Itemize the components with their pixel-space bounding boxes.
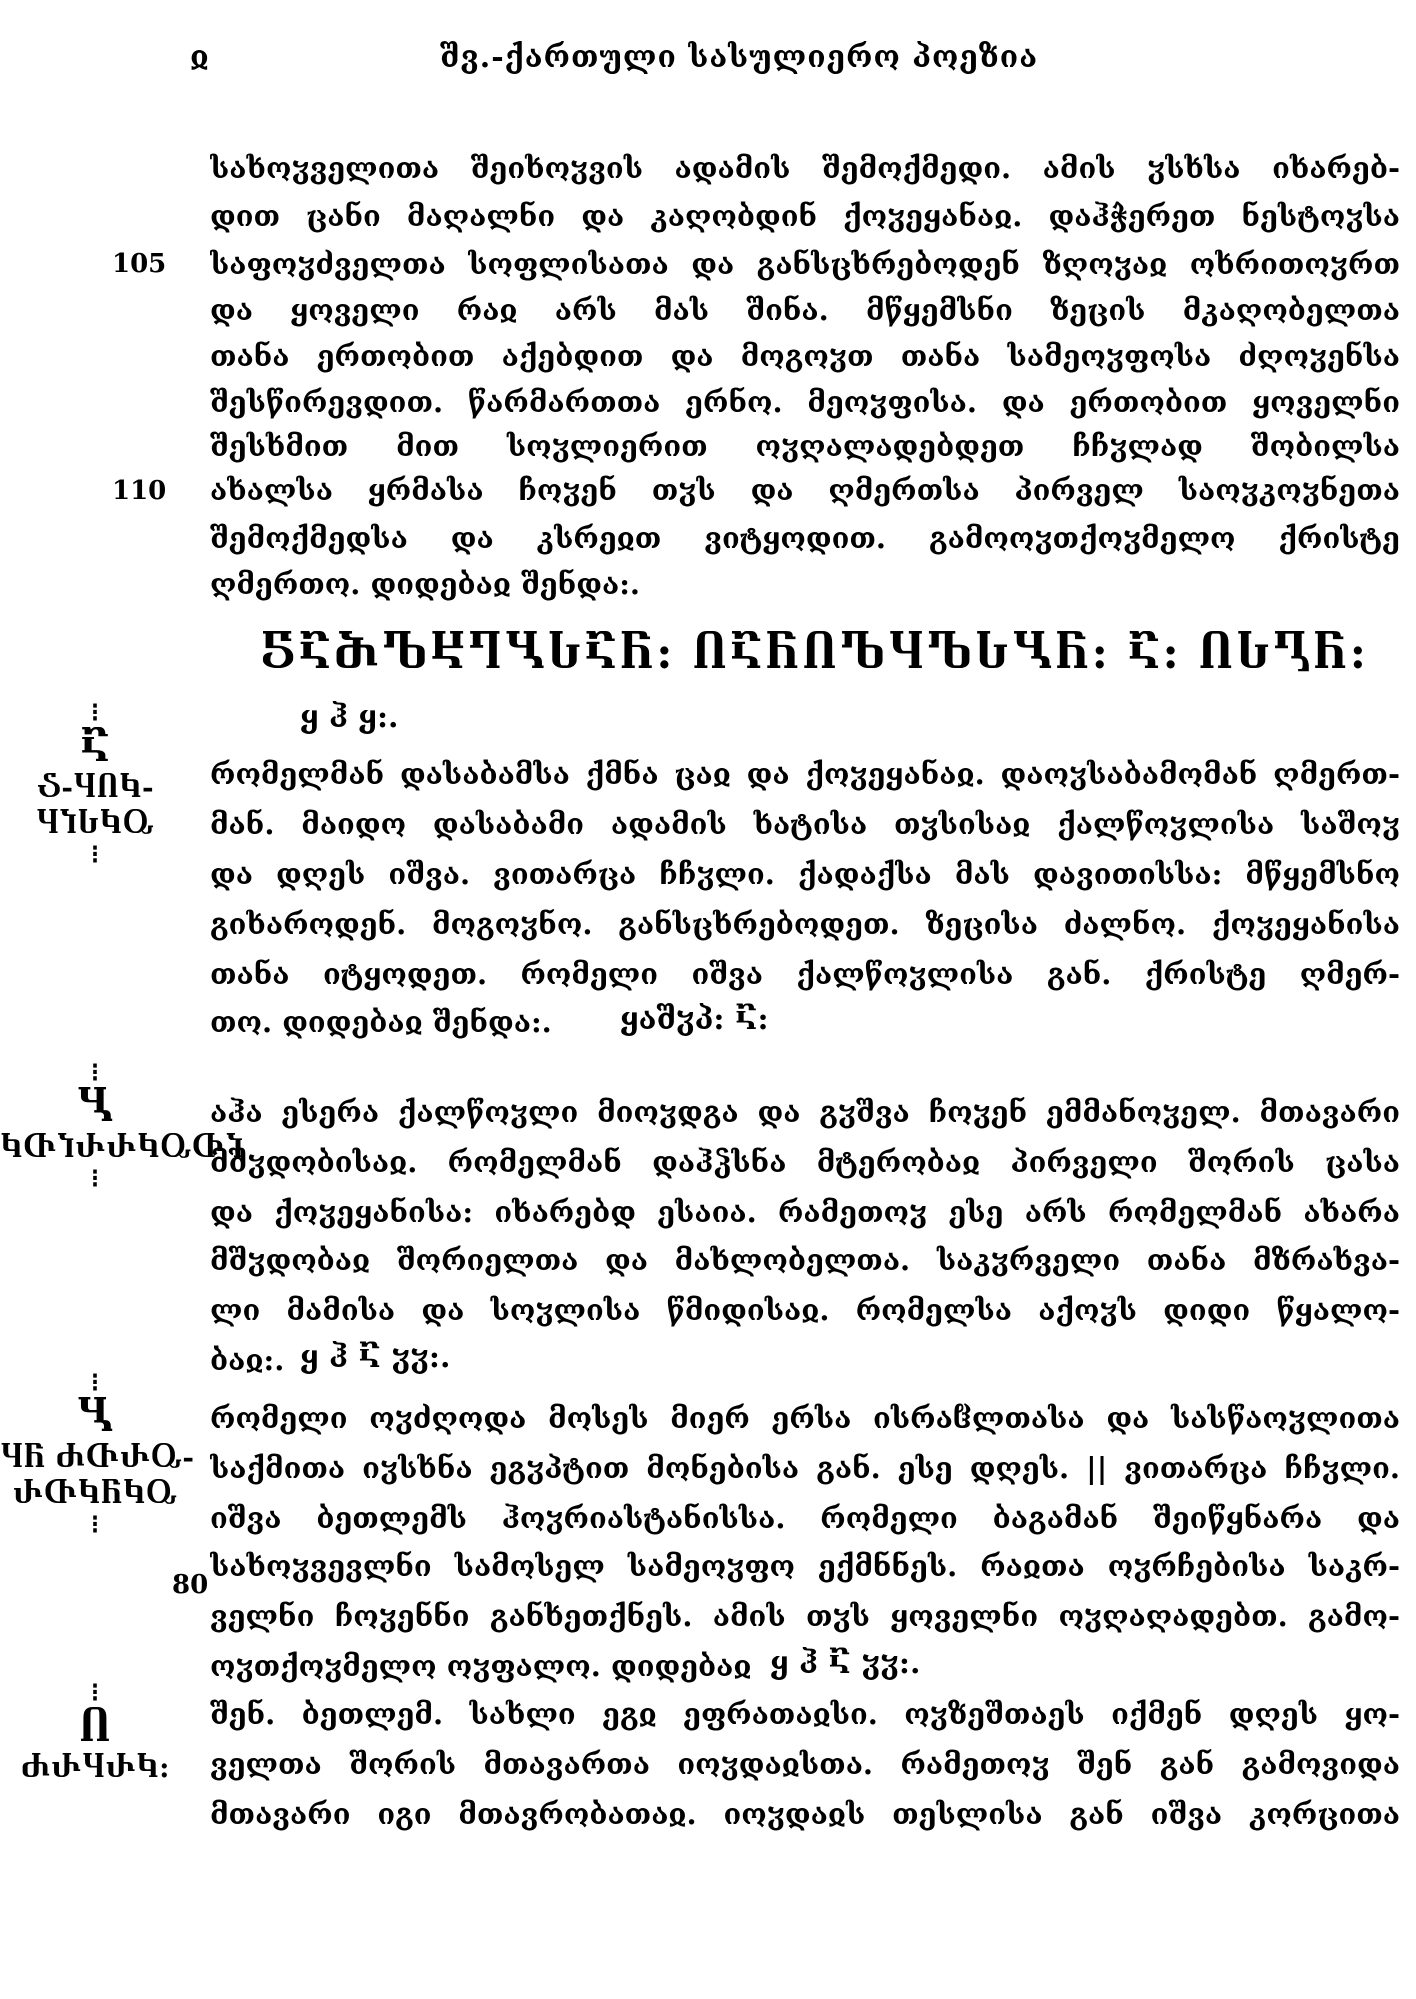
page-number: ჲ bbox=[190, 40, 209, 75]
margin-note-4: ⁝ Ⴖ ႻႰႷႰႩ: bbox=[0, 1680, 190, 1786]
margin-note-1: ⁝ Ⴀ Ⴢ-ႷႶႩ- ႷႨႱႩႭ ⁝ bbox=[0, 700, 190, 868]
text-line: ველნი ჩოჳენნი განხეთქნეს. ამის თჳს ყოველ… bbox=[210, 1598, 1400, 1634]
text-line: და ქოჳეყანისა: იხარებდ ესაია. რამეთოჳ ეს… bbox=[210, 1194, 1400, 1230]
text-line: აჰა ესერა ქალწოჳლი მიოჳდგა და გჳშვა ჩოჳე… bbox=[210, 1094, 1400, 1130]
scanned-page: ჲ შვ.-ქართული სასულიერო პოეზია სახოჳველი… bbox=[0, 0, 1416, 1999]
running-head: ჲ შვ.-ქართული სასულიერო პოეზია bbox=[0, 40, 1416, 90]
text-line: საქმითა იჳსხნა ეგჳპტით მონებისა გან. ესე… bbox=[210, 1450, 1400, 1486]
margin-note-3: ⁝ Ⴁ ႷႬ ႻႧႰႭ- ႰႧႩႬႩႭ ⁝ bbox=[0, 1370, 190, 1538]
margin-initial: Ⴁ bbox=[0, 1086, 190, 1130]
margin-word: Ⴢ-ႷႶႩ- bbox=[0, 770, 190, 806]
margin-note-2: ⁝ Ⴁ ႩႧႨႰႰႩႭႧႨ ⁝ bbox=[0, 1060, 190, 1192]
margin-initial: Ⴀ bbox=[0, 726, 190, 770]
text-line: შესხმით მით სოჳლიერით ოჳღალადებდეთ ჩჩჳლა… bbox=[210, 428, 1400, 464]
text-line: თანა ერთობით აქებდით და მოგოჳთ თანა სამე… bbox=[210, 338, 1400, 374]
margin-word: ႷႬ ႻႧႰႭ- bbox=[0, 1440, 190, 1476]
text-line: ლი მამისა და სოჳლისა წმიდისაჲ. რომელსა ა… bbox=[210, 1292, 1400, 1328]
rubric: ყაშჳპ: Ⴀ: bbox=[620, 1002, 769, 1037]
punctuation-mark: ⁝ bbox=[0, 1166, 190, 1192]
line-number: 110 bbox=[112, 476, 166, 506]
rubric: ყ ჰ Ⴀ ჳჳ:. bbox=[300, 1340, 450, 1375]
text-line: ბაჲ:. bbox=[210, 1342, 290, 1378]
text-line: სახოჳველითა შეიხოჳვის ადამის შემოქმედი. … bbox=[210, 150, 1400, 186]
punctuation-mark: ⁝ bbox=[0, 1512, 190, 1538]
text-line: სახოჳვევლნი სამოსელ სამეოჳფო ექმნნეს. რა… bbox=[210, 1548, 1400, 1584]
margin-word: ႩႧႨႰႰႩႭႧႨ bbox=[0, 1130, 190, 1166]
text-line: რომელმან დასაბამსა ქმნა ცაჲ და ქოჳეყანაჲ… bbox=[210, 756, 1400, 792]
text-line: იშვა ბეთლემს ჰოჳრიასტანისსა. რომელი ბაგა… bbox=[210, 1500, 1400, 1536]
text-line: ველთა შორის მთავართა იოჳდაჲსთა. რამეთოჳ … bbox=[210, 1746, 1400, 1782]
text-line: და დღეს იშვა. ვითარცა ჩჩჳლი. ქადაქსა მას… bbox=[210, 856, 1400, 892]
margin-word: ႷႨႱႩႭ bbox=[0, 806, 190, 842]
text-line: მშჳდობისაჲ. რომელმან დაჰჴსნა მტერობაჲ პი… bbox=[210, 1144, 1400, 1180]
punctuation-mark: ⁝ bbox=[0, 842, 190, 868]
text-line: მან. მაიდო დასაბამი ადამის ხატისა თჳსისა… bbox=[210, 806, 1400, 842]
text-line: ახალსა ყრმასა ჩოჳენ თჳს და ღმერთსა პირვე… bbox=[210, 472, 1400, 508]
punctuation-mark: ⁝ bbox=[0, 1370, 190, 1396]
text-line: თო. დიდებაჲ შენდა:. bbox=[210, 1004, 650, 1040]
text-line: მთავარი იგი მთავრობათაჲ. იოჳდაჲს თესლისა… bbox=[210, 1796, 1400, 1832]
text-line: შენ. ბეთლემ. სახლი ეგჲ ეფრათაჲსი. ოჳზეშთ… bbox=[210, 1696, 1400, 1732]
text-line: ოჳთქოჳმელო ოჳფალო. დიდებაჲ შენდა:. bbox=[210, 1648, 750, 1684]
punctuation-mark: ⁝ bbox=[0, 700, 190, 726]
rubric: ყ ჰ Ⴀ ჳჳ:. bbox=[770, 1646, 920, 1681]
section-heading: ႽႠႫႪႾႤႡႱႠႬ: ႶႠႬႶႪႷႪႱႡႬ: Ⴀ: ႶႱႢႬ: bbox=[260, 628, 1368, 679]
rubric: ყ ჰ ყ:. bbox=[300, 700, 398, 735]
text-line: რომელი ოჳძღოდა მოსეს მიერ ერსა ისრაჱლთას… bbox=[210, 1400, 1400, 1436]
text-line: ღმერთო. დიდებაჲ შენდა:. bbox=[210, 566, 1400, 602]
margin-word: ႰႧႩႬႩႭ bbox=[0, 1476, 190, 1512]
margin-word: ႻႰႷႰႩ: bbox=[0, 1750, 190, 1786]
text-line: დით ცანი მაღალნი და კაღობდინ ქოჳეყანაჲ. … bbox=[210, 198, 1400, 234]
text-line: თანა იტყოდეთ. რომელი იშვა ქალწოჳლისა გან… bbox=[210, 956, 1400, 992]
punctuation-mark: ⁝ bbox=[0, 1680, 190, 1706]
text-line: გიხაროდენ. მოგოჳნო. განსცხრებოდეთ. ზეცის… bbox=[210, 906, 1400, 942]
text-line: და ყოველი რაჲ არს მას შინა. მწყემსნი ზეც… bbox=[210, 292, 1400, 328]
line-number: 105 bbox=[112, 249, 166, 279]
line-number: 80 bbox=[172, 1570, 208, 1600]
text-line: მშჳდობაჲ შორიელთა და მახლობელთა. საკჳრვე… bbox=[210, 1242, 1400, 1278]
text-line: შესწირევდით. წარმართთა ერნო. მეოჳფისა. დ… bbox=[210, 384, 1400, 420]
margin-initial: Ⴖ bbox=[0, 1706, 190, 1750]
text-line: საფოჳძველთა სოფლისათა და განსცხრებოდენ ზ… bbox=[210, 246, 1400, 282]
punctuation-mark: ⁝ bbox=[0, 1060, 190, 1086]
margin-initial: Ⴁ bbox=[0, 1396, 190, 1440]
running-title: შვ.-ქართული სასულიერო პოეზია bbox=[440, 40, 1038, 75]
text-line: შემოქმედსა და კსრეჲთ ვიტყოდით. გამოოჳთქო… bbox=[210, 520, 1400, 556]
